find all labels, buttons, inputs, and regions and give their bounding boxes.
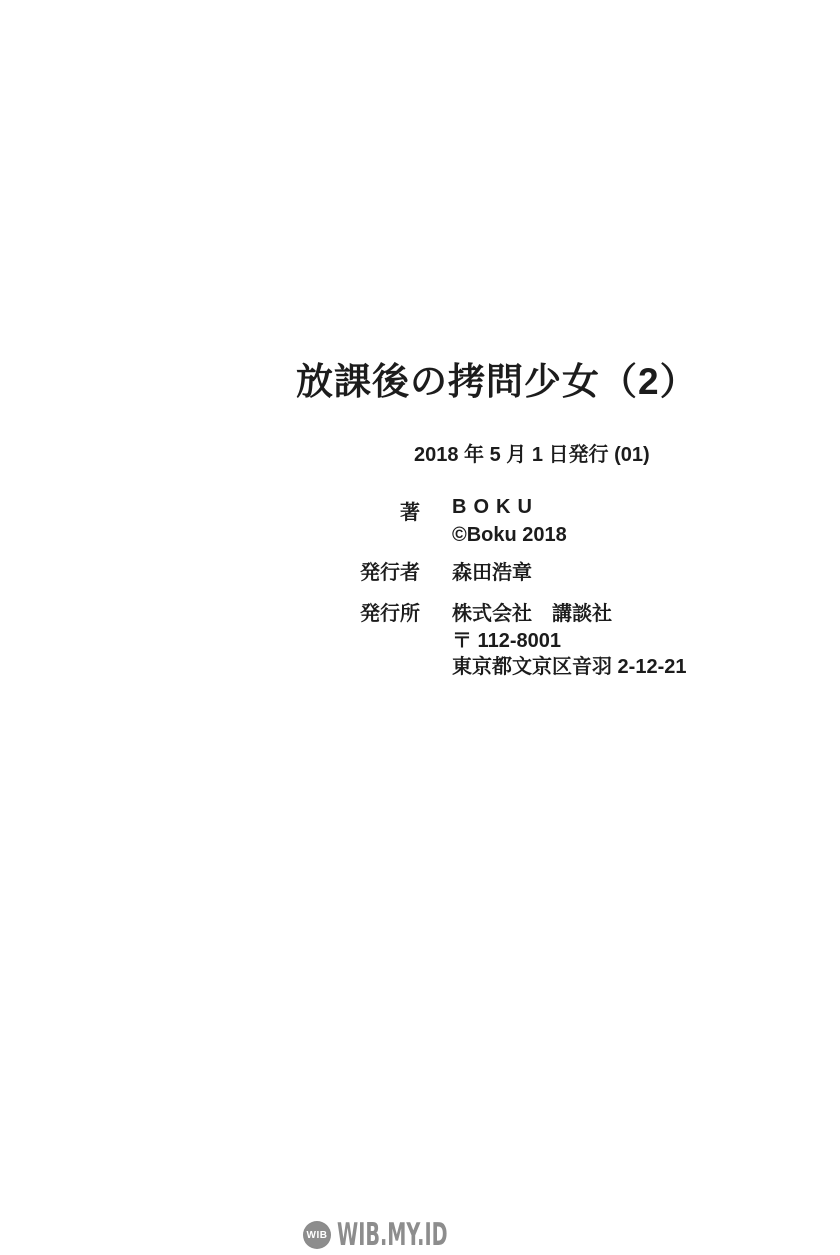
copyright-notice: ©Boku 2018 xyxy=(452,524,567,547)
watermark: WIB WIB.MY.ID xyxy=(303,1220,515,1250)
colophon-page: 放課後の拷問少女（2） 2018 年 5 月 1 日発行 (01) 著 BOKU… xyxy=(0,0,840,1255)
print-date: 2018 年 5 月 1 日発行 (01) xyxy=(414,438,650,467)
publishing-house-label: 発行所 xyxy=(300,597,420,626)
book-title: 放課後の拷問少女（2） xyxy=(296,351,698,405)
watermark-site-text: WIB.MY.ID xyxy=(337,1217,448,1253)
publisher-name: 森田浩章 xyxy=(452,556,532,585)
publisher-address: 東京都文京区音羽 2-12-21 xyxy=(452,650,687,679)
wib-logo-icon: WIB xyxy=(303,1221,331,1249)
publisher-label: 発行者 xyxy=(300,556,420,585)
author-label: 著 xyxy=(300,496,420,525)
publishing-house-name: 株式会社 講談社 xyxy=(452,597,612,626)
author-name: BOKU xyxy=(452,496,539,519)
postal-code: 〒 112-8001 xyxy=(452,624,561,653)
